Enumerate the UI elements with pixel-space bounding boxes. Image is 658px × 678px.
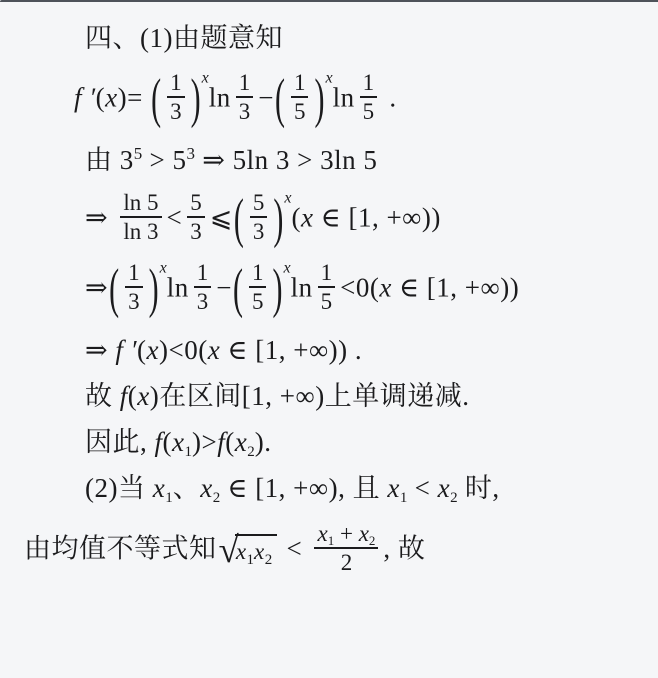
math-text: x bbox=[235, 427, 247, 457]
math-text: f ′ bbox=[74, 82, 96, 112]
right-paren: ) bbox=[314, 72, 324, 128]
math-text: )= bbox=[118, 82, 150, 112]
math-text: . bbox=[382, 82, 397, 112]
math-text: 因此, bbox=[85, 427, 155, 457]
math-text: 2 bbox=[247, 444, 255, 460]
math-text: (2)当 bbox=[85, 473, 153, 503]
math-text: 1 bbox=[128, 260, 140, 285]
fraction: 13 bbox=[194, 259, 212, 315]
math-text: 1 bbox=[197, 260, 209, 285]
math-text: 1 bbox=[252, 260, 264, 285]
math-text: 1 bbox=[165, 490, 173, 506]
fraction: 15 bbox=[249, 259, 267, 315]
fraction: 15 bbox=[291, 69, 309, 125]
line-value-comparison: 因此, f(x1)>f(x2). bbox=[0, 426, 646, 460]
math-text: 5 bbox=[253, 190, 265, 215]
radical-icon: √ bbox=[219, 532, 239, 569]
left-paren: ( bbox=[234, 192, 244, 248]
math-text: x bbox=[105, 82, 117, 112]
fraction: x1 + x22 bbox=[314, 520, 378, 576]
math-text: 、 bbox=[173, 473, 201, 503]
math-text: 5 bbox=[134, 144, 143, 163]
math-text: ∈ [1, +∞), 且 bbox=[220, 473, 387, 503]
math-text: x bbox=[438, 473, 450, 503]
math-text: )<0( bbox=[159, 335, 208, 365]
math-text: x bbox=[153, 473, 165, 503]
math-text: ( bbox=[137, 335, 147, 365]
math-text: x bbox=[317, 521, 327, 546]
math-text: x bbox=[208, 335, 220, 365]
line-derivative-formula: f ′(x)= (13)xln13−(15)xln15 . bbox=[0, 72, 646, 128]
fraction: 15 bbox=[318, 259, 336, 315]
math-text: <0( bbox=[340, 272, 379, 302]
math-text: 1 bbox=[294, 70, 306, 95]
math-text: − bbox=[258, 82, 274, 112]
math-text: x bbox=[379, 272, 391, 302]
math-text: x bbox=[283, 259, 290, 276]
math-text: x bbox=[137, 381, 149, 411]
math-text: ⇒ bbox=[85, 272, 108, 302]
math-text: x bbox=[301, 202, 313, 232]
fraction: ln 5ln 3 bbox=[120, 189, 161, 245]
math-text: x bbox=[254, 539, 265, 564]
math-text: 故 bbox=[85, 381, 120, 411]
math-text: 3 bbox=[239, 99, 251, 124]
math-text: > 5 bbox=[142, 145, 186, 175]
line-derivative-negative: ⇒ f ′(x)<0(x ∈ [1, +∞)) . bbox=[0, 334, 646, 368]
math-text: ⇒ 5ln 3 > 3ln 5 bbox=[195, 145, 377, 175]
math-text: ( bbox=[128, 381, 138, 411]
math-text: 2 bbox=[450, 490, 458, 506]
math-text: ( bbox=[291, 202, 301, 232]
math-text: 5 bbox=[190, 190, 202, 215]
math-text: x bbox=[147, 335, 159, 365]
line-log-ratio-bound: ⇒ ln 5ln 3<53⩽(53)x(x ∈ [1, +∞)) bbox=[0, 192, 646, 248]
math-text: x bbox=[200, 473, 212, 503]
math-text: 5 bbox=[252, 289, 264, 314]
math-text: 3 bbox=[128, 289, 140, 314]
fraction: 13 bbox=[167, 69, 185, 125]
line-part2-conditions: (2)当 x1、x2 ∈ [1, +∞), 且 x1 < x2 时, bbox=[0, 472, 646, 506]
math-text: f bbox=[155, 427, 163, 457]
math-text: ln bbox=[167, 272, 189, 302]
math-text: 1 bbox=[321, 260, 333, 285]
fraction: 13 bbox=[125, 259, 143, 315]
math-text: 四、(1)由题意知 bbox=[85, 23, 283, 53]
fraction: 15 bbox=[360, 69, 378, 125]
math-text: 5 bbox=[363, 99, 375, 124]
math-text: x bbox=[160, 259, 167, 276]
math-text: ⇒ bbox=[85, 202, 115, 232]
left-paren: ( bbox=[233, 262, 243, 318]
math-text: 3 bbox=[197, 289, 209, 314]
math-text: x bbox=[172, 427, 184, 457]
math-text: ⩽ bbox=[210, 202, 233, 232]
math-text: )在区间[1, +∞)上单调递减. bbox=[150, 381, 470, 411]
fraction: 13 bbox=[236, 69, 254, 125]
math-text: 1 bbox=[185, 444, 193, 460]
right-paren: ) bbox=[273, 192, 283, 248]
math-text: ). bbox=[255, 427, 272, 457]
math-text: , 故 bbox=[383, 534, 425, 564]
math-text: ln 3 bbox=[123, 219, 158, 244]
math-text: ln bbox=[209, 82, 231, 112]
math-text: f ′ bbox=[115, 335, 137, 365]
math-text: 2 bbox=[265, 552, 273, 568]
math-text: 1 bbox=[239, 70, 251, 95]
fraction: 53 bbox=[187, 189, 205, 245]
math-text: 2 bbox=[369, 533, 376, 548]
math-text: x bbox=[359, 521, 369, 546]
left-paren: ( bbox=[109, 262, 119, 318]
line-power-inequality: 由 35 > 53 ⇒ 5ln 3 > 3ln 5 bbox=[0, 144, 646, 178]
right-paren: ) bbox=[149, 262, 159, 318]
math-solution-document: 四、(1)由题意知 f ′(x)= (13)xln13−(15)xln15 . … bbox=[0, 0, 658, 678]
line-monotonic-conclusion: 故 f(x)在区间[1, +∞)上单调递减. bbox=[0, 380, 646, 414]
line-am-gm-step: 由均值不等式知√x1x2 < x1 + x22, 故 bbox=[0, 523, 646, 579]
line-expression-negative: ⇒(13)xln13−(15)xln15<0(x ∈ [1, +∞)) bbox=[0, 262, 646, 318]
math-text: ln 5 bbox=[123, 190, 158, 215]
line-part1-intro: 四、(1)由题意知 bbox=[0, 22, 646, 56]
math-text: 3 bbox=[190, 219, 202, 244]
math-text: f bbox=[120, 381, 128, 411]
right-paren: ) bbox=[191, 72, 201, 128]
math-text: ∈ [1, +∞)) bbox=[313, 202, 440, 232]
math-text: ∈ [1, +∞)) . bbox=[220, 335, 362, 365]
math-text: + bbox=[334, 521, 358, 546]
math-text: ⇒ bbox=[85, 335, 115, 365]
math-text: 2 bbox=[341, 550, 353, 575]
square-root: √x1x2 bbox=[219, 531, 278, 568]
math-text: ( bbox=[96, 82, 106, 112]
math-text: x bbox=[387, 473, 399, 503]
math-text: < bbox=[279, 534, 309, 564]
math-text: )> bbox=[192, 427, 217, 457]
math-text: 1 bbox=[170, 70, 182, 95]
math-text: 3 bbox=[186, 144, 195, 163]
math-text: 3 bbox=[253, 219, 265, 244]
left-paren: ( bbox=[151, 72, 161, 128]
fraction: 53 bbox=[250, 189, 268, 245]
math-text: < bbox=[167, 202, 183, 232]
math-text: ( bbox=[163, 427, 173, 457]
left-paren: ( bbox=[275, 72, 285, 128]
math-text: 时, bbox=[458, 473, 500, 503]
math-text: 5 bbox=[321, 289, 333, 314]
math-text: 由 3 bbox=[85, 145, 134, 175]
math-text: ln bbox=[333, 82, 355, 112]
math-text: x bbox=[325, 69, 332, 86]
math-text: ln bbox=[291, 272, 313, 302]
math-text: 3 bbox=[170, 99, 182, 124]
math-text: < bbox=[407, 473, 437, 503]
math-text: 1 bbox=[247, 552, 255, 568]
math-text: x bbox=[202, 69, 209, 86]
math-text: 1 bbox=[363, 70, 375, 95]
math-text: ( bbox=[225, 427, 235, 457]
right-paren: ) bbox=[272, 262, 282, 318]
math-text: 5 bbox=[294, 99, 306, 124]
math-text: − bbox=[216, 272, 232, 302]
math-text: ∈ [1, +∞)) bbox=[392, 272, 519, 302]
math-text: 由均值不等式知 bbox=[24, 534, 217, 564]
